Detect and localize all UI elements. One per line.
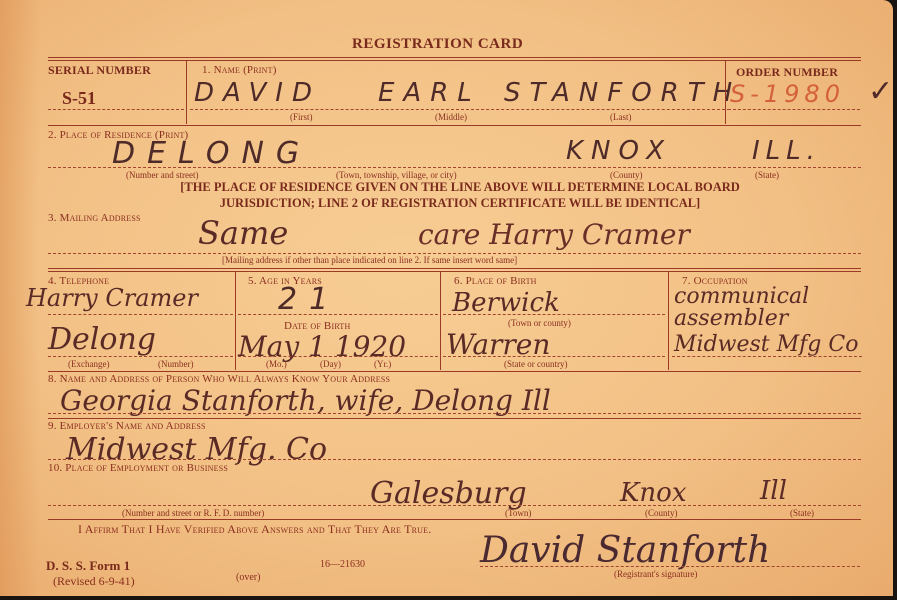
residence-notice-line2: JURISDICTION; LINE 2 OF REGISTRATION CER… — [100, 196, 820, 211]
over-note: (over) — [236, 572, 260, 583]
dob-dash — [238, 356, 438, 357]
mailing-label: 3. Mailing Address — [48, 212, 141, 224]
age-dash — [238, 314, 438, 315]
birthplace-dash2 — [443, 356, 665, 357]
employment-place-label: 10. Place of Employment or Business — [48, 462, 228, 474]
serial-number-label: SERIAL NUMBER — [48, 63, 151, 78]
name-first: DAVID — [194, 78, 321, 108]
name-dash — [190, 109, 730, 110]
employment-sub-town: (Town) — [505, 508, 531, 518]
form-number: D. S. S. Form 1 — [46, 558, 130, 574]
residence-sub-county: (County) — [610, 170, 643, 180]
check-mark-icon: ✓ — [868, 74, 893, 109]
telephone-sub-exchange: (Exchange) — [68, 359, 109, 369]
order-number-label: ORDER NUMBER — [736, 65, 838, 80]
divider — [725, 60, 726, 124]
telephone-dash1 — [48, 314, 233, 315]
dob-sub-yr: (Yr.) — [374, 359, 391, 369]
employer-dash — [48, 459, 861, 460]
divider — [668, 272, 669, 370]
employment-sub-state: (State) — [790, 508, 814, 518]
mailing-value-care: care Harry Cramer — [418, 218, 690, 251]
mailing-dash — [48, 253, 861, 254]
divider — [235, 272, 236, 370]
name-label: 1. Name (Print) — [202, 64, 277, 76]
name-middle: EARL — [378, 78, 481, 108]
employment-sub-street: (Number and street or R. F. D. number) — [122, 508, 264, 518]
top-border — [48, 57, 861, 58]
section-line — [48, 125, 861, 126]
residence-dash — [48, 167, 861, 168]
contact-dash — [48, 413, 861, 414]
affirmation-text: I Affirm That I Have Verified Above Answ… — [78, 522, 431, 537]
employer-label: 9. Employer's Name and Address — [48, 420, 206, 432]
card-title: REGISTRATION CARD — [352, 36, 523, 53]
order-number-value: S-1980 — [730, 80, 845, 108]
registrant-signature: David Stanforth — [480, 530, 770, 571]
dob-sub-day: (Day) — [320, 359, 341, 369]
residence-state: ILL. — [752, 136, 821, 166]
occupation-line2: assembler — [674, 306, 788, 331]
birthplace-dash1 — [443, 314, 665, 315]
section-line — [48, 519, 861, 520]
name-sub-middle: (Middle) — [435, 112, 467, 122]
name-sub-first: (First) — [290, 112, 313, 122]
telephone-line1: Harry Cramer — [26, 284, 198, 312]
section-line — [48, 418, 861, 419]
name-last: STANFORTH — [504, 78, 741, 108]
divider — [186, 60, 187, 124]
signature-dash — [480, 566, 860, 567]
employment-sub-county: (County) — [645, 508, 678, 518]
residence-notice-line1: [THE PLACE OF RESIDENCE GIVEN ON THE LIN… — [100, 180, 820, 195]
occupation-line3: Midwest Mfg Co — [674, 332, 858, 357]
section-line — [48, 371, 861, 372]
divider — [440, 272, 441, 370]
order-dash — [728, 109, 860, 110]
birthplace-sub-state: (State or country) — [504, 359, 567, 369]
registration-card: REGISTRATION CARD SERIAL NUMBER S-51 1. … — [0, 0, 893, 596]
dob-sub-mo: (Mo.) — [266, 359, 287, 369]
residence-town: DELONG — [112, 136, 311, 171]
serial-dash — [48, 109, 184, 110]
telephone-sub-number: (Number) — [158, 359, 194, 369]
mailing-sub: [Mailing address if other than place ind… — [222, 255, 517, 265]
print-code: 16—21630 — [320, 559, 365, 570]
residence-sub-town: (Town, township, village, or city) — [336, 170, 457, 180]
telephone-dash2 — [48, 356, 233, 357]
name-sub-last: (Last) — [610, 112, 632, 122]
employment-place-state: Ill — [760, 476, 787, 506]
employment-place-dash — [48, 505, 861, 506]
birthplace-label: 6. Place of Birth — [454, 275, 537, 287]
serial-number-value: S-51 — [62, 88, 96, 109]
residence-county: KNOX — [566, 136, 672, 166]
employment-place-county: Knox — [620, 478, 687, 508]
residence-sub-state: (State) — [755, 170, 779, 180]
mailing-value-same: Same — [198, 214, 288, 252]
signature-sub: (Registrant's signature) — [614, 569, 697, 579]
telephone-line2: Delong — [48, 322, 156, 357]
birthplace-sub-town: (Town or county) — [508, 318, 571, 328]
section-line — [48, 268, 861, 269]
form-revised: (Revised 6-9-41) — [53, 574, 135, 589]
age-value: 21 — [278, 282, 340, 317]
occupation-dash — [672, 356, 862, 357]
residence-sub-street: (Number and street) — [126, 170, 198, 180]
